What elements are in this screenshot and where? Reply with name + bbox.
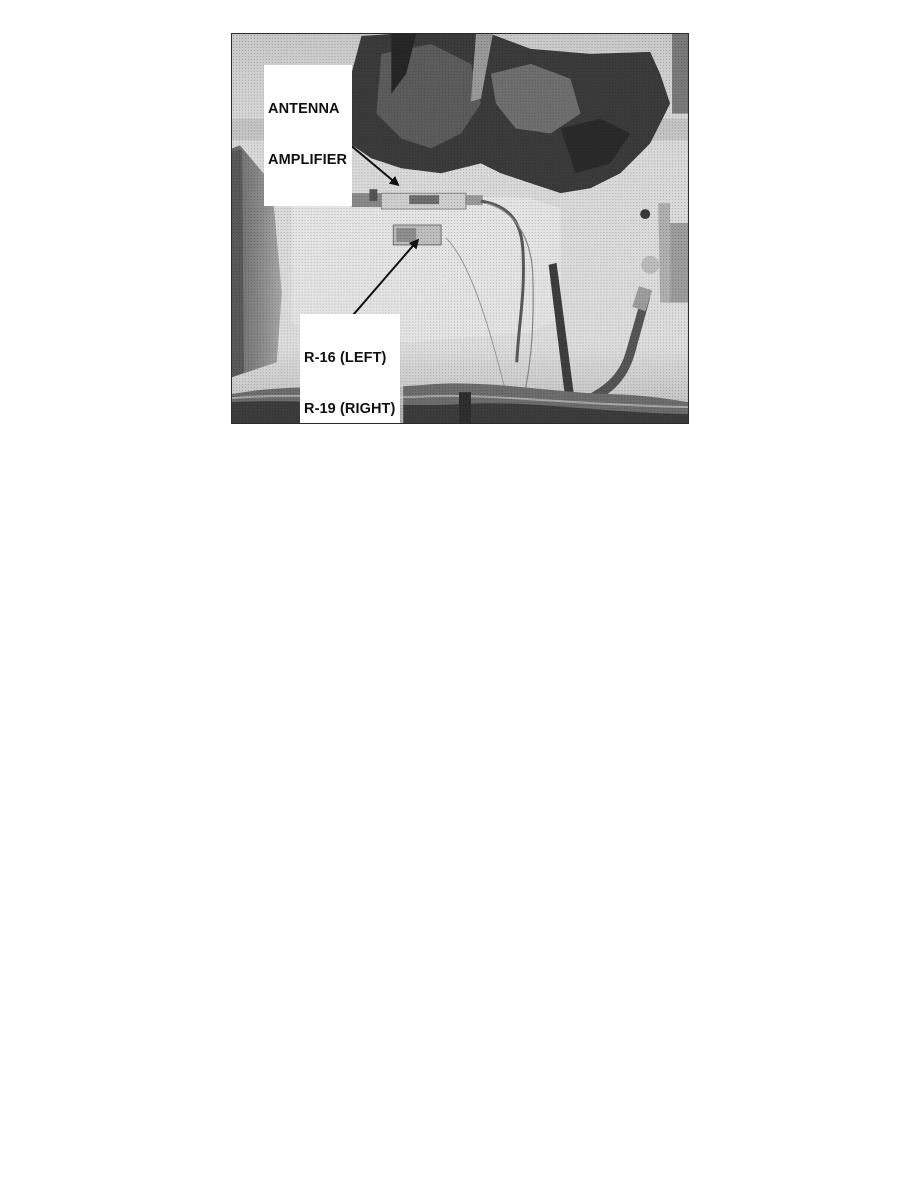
label-line: R-16 (LEFT) xyxy=(304,350,395,367)
antenna-amplifier-photo: ANTENNA AMPLIFIER R-16 (LEFT) R-19 (RIGH… xyxy=(231,33,689,424)
label-line: ANTENNA xyxy=(268,101,347,118)
antenna-amplifier-label: ANTENNA AMPLIFIER xyxy=(264,65,352,206)
label-line: R-19 (RIGHT) xyxy=(304,401,395,418)
connector-label: R-16 (LEFT) R-19 (RIGHT) (2-WHT/BLK) xyxy=(300,314,400,424)
label-line: AMPLIFIER xyxy=(268,152,347,169)
